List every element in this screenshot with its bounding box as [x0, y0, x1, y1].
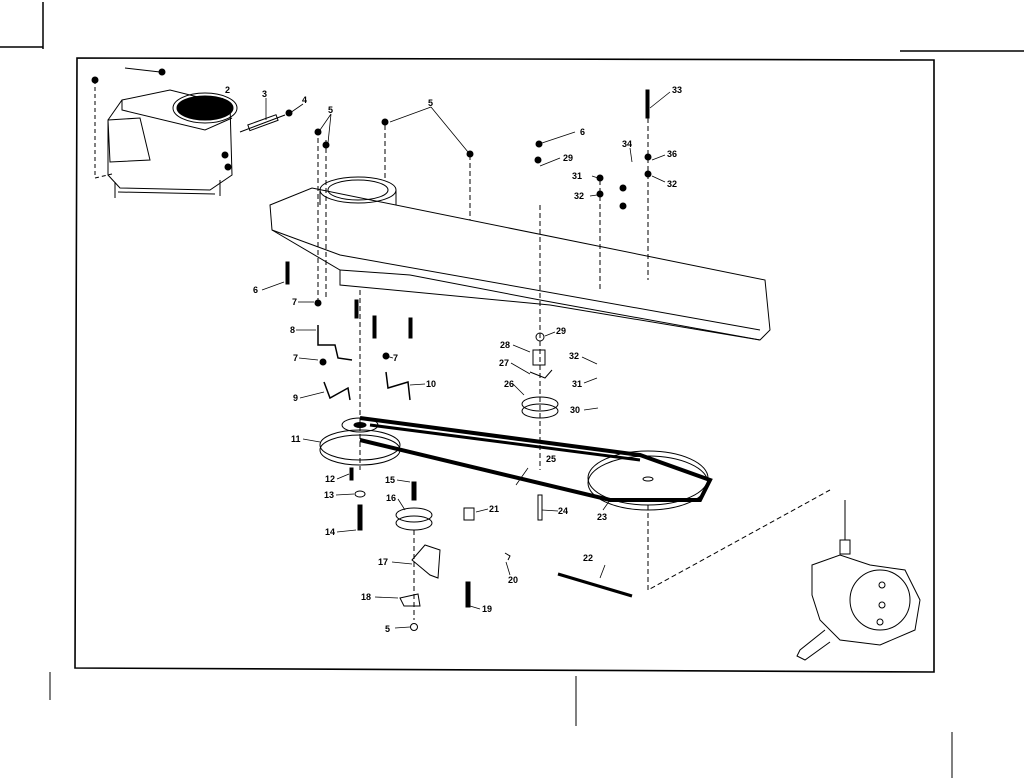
part-label: 33	[672, 86, 682, 95]
part-label: 30	[570, 406, 580, 415]
hardware	[286, 90, 651, 365]
part-label: 7	[393, 354, 398, 363]
part-label: 14	[325, 528, 335, 537]
bracket-10	[386, 372, 410, 400]
part-label: 22	[583, 554, 593, 563]
part-label: 17	[378, 558, 388, 567]
part-label: 32	[574, 192, 584, 201]
bolt-19	[466, 582, 470, 607]
part-label: 4	[302, 96, 307, 105]
part-label: 27	[499, 359, 509, 368]
idler-pulley-16	[396, 482, 440, 631]
key-12	[350, 468, 353, 480]
part-label: 10	[426, 380, 436, 389]
part-label: 16	[386, 494, 396, 503]
engine	[92, 68, 292, 198]
bolt-24	[538, 495, 542, 520]
spacer-21	[464, 508, 474, 520]
part-label: 31	[572, 172, 582, 181]
part-label: 18	[361, 593, 371, 602]
bracket-9	[324, 382, 350, 400]
parts-diagram	[0, 0, 1024, 778]
bracket-8	[318, 325, 352, 360]
part-label: 3	[262, 90, 267, 99]
part-label: 28	[500, 341, 510, 350]
part-label: 32	[667, 180, 677, 189]
part-label: 5	[328, 106, 333, 115]
part-label: 25	[546, 455, 556, 464]
part-label: 9	[293, 394, 298, 403]
part-label: 13	[324, 491, 334, 500]
scan-mark-top-left	[0, 2, 43, 49]
part-label: 21	[489, 505, 499, 514]
part-label: 29	[556, 327, 566, 336]
part-label: 15	[385, 476, 395, 485]
part-label: 5	[385, 625, 390, 634]
part-label: 7	[292, 298, 297, 307]
part-label: 6	[580, 128, 585, 137]
part-label: 26	[504, 380, 514, 389]
part-label: 7	[293, 354, 298, 363]
part-label: 8	[290, 326, 295, 335]
part-label: 29	[563, 154, 573, 163]
part-label: 11	[291, 435, 301, 444]
part-label: 6	[253, 286, 258, 295]
part-label: 19	[482, 605, 492, 614]
part-label: 5	[428, 99, 433, 108]
part-label: 32	[569, 352, 579, 361]
part-label: 24	[558, 507, 568, 516]
part-label: 31	[572, 380, 582, 389]
part-label: 2	[225, 86, 230, 95]
washer-13	[355, 491, 365, 497]
transaxle-pulley	[588, 451, 830, 590]
part-label: 12	[325, 475, 335, 484]
leader-lines	[215, 92, 670, 628]
spring-22	[558, 574, 632, 596]
part-label: 23	[597, 513, 607, 522]
clip-20	[505, 553, 510, 560]
transaxle	[797, 500, 920, 660]
part-label: 36	[667, 150, 677, 159]
bolt-14	[358, 505, 362, 530]
part-label: 34	[622, 140, 632, 149]
chassis-plate	[270, 110, 770, 470]
part-label: 20	[508, 576, 518, 585]
scan-mark-bottom	[50, 672, 952, 778]
